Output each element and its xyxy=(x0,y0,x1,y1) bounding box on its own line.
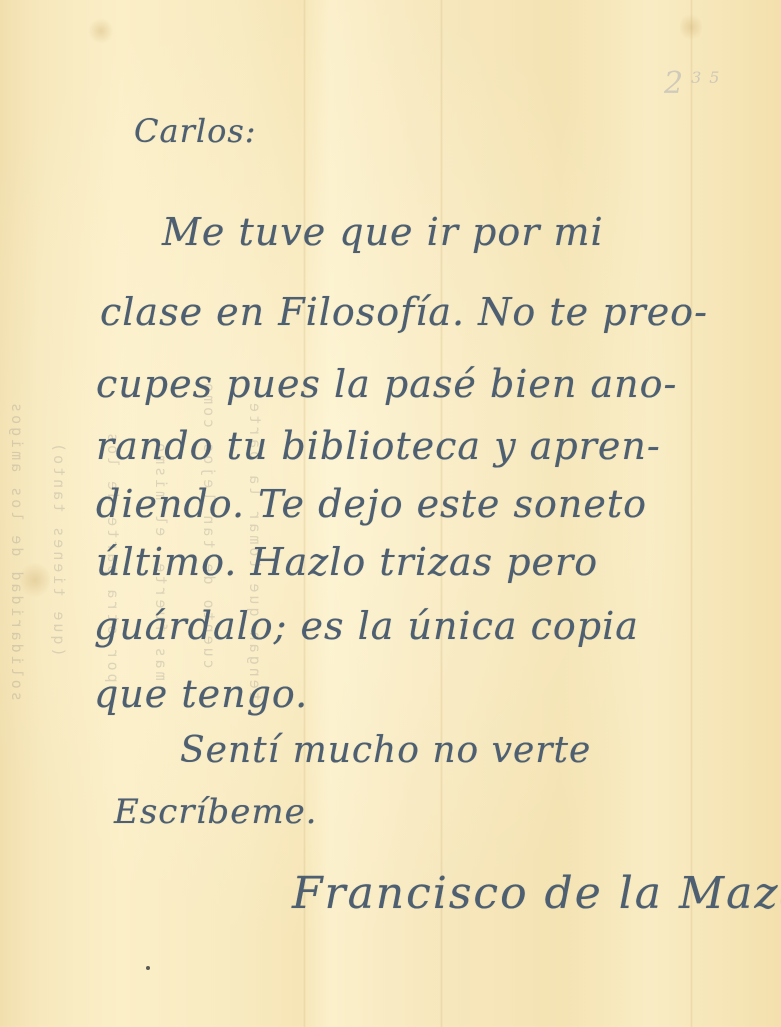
letter-body-line: clase en Filosofía. No te preo- xyxy=(100,290,708,334)
letter-body-line: diendo. Te dejo este soneto xyxy=(96,482,647,526)
letter-body-line: cupes pues la pasé bien ano- xyxy=(96,362,677,406)
archive-mark-sub: 35 xyxy=(691,68,727,87)
letter-closing-line: Sentí mucho no verte xyxy=(180,730,591,771)
paper-stain xyxy=(680,12,702,42)
letter-page: solidaridad de los amigos (que tienes ta… xyxy=(0,0,781,1027)
letter-body-line: que tengo. xyxy=(94,672,308,716)
show-through-text: (que tienes tanto) xyxy=(50,440,68,657)
letter-body-line: último. Hazlo trizas pero xyxy=(96,540,598,584)
letter-salutation: Carlos: xyxy=(134,112,257,150)
ink-speck xyxy=(146,966,150,970)
letter-body-line: guárdalo; es la única copia xyxy=(94,604,639,648)
archive-mark-number: 2 xyxy=(664,66,691,101)
paper-stain xyxy=(88,18,114,44)
show-through-text: solidaridad de los amigos xyxy=(8,400,26,701)
letter-closing-line: Escríbeme. xyxy=(114,792,318,832)
letter-signature: Francisco de la Maza. xyxy=(292,868,781,919)
archive-pencil-mark: 235 xyxy=(664,66,727,101)
letter-body-line: rando tu biblioteca y apren- xyxy=(96,424,661,468)
letter-body-line: Me tuve que ir por mi xyxy=(162,210,604,254)
